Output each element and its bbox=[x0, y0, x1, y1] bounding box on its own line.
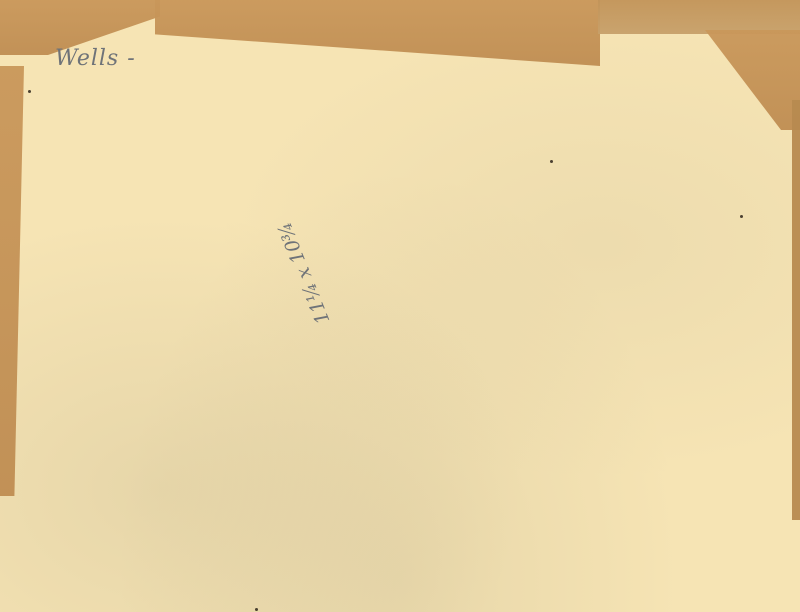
paper-sheet bbox=[0, 0, 800, 612]
speck bbox=[740, 215, 743, 218]
tape-top-right bbox=[598, 0, 800, 34]
speck bbox=[28, 90, 31, 93]
pencil-name-label: Wells - bbox=[55, 46, 136, 71]
speck bbox=[255, 608, 258, 611]
tape-right-edge bbox=[792, 100, 800, 520]
speck bbox=[550, 160, 553, 163]
